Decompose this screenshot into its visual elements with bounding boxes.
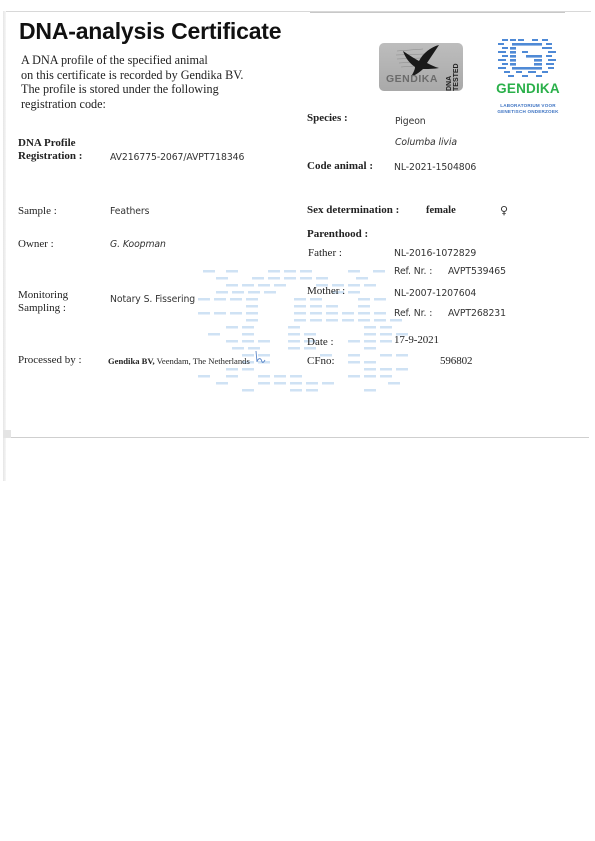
intro-line: A DNA profile of the specified animal	[21, 53, 301, 68]
species-common-value: Pigeon	[395, 116, 426, 127]
species-label: Species :	[307, 112, 348, 124]
date-value: 17-9-2021	[394, 334, 439, 346]
certificate-title: DNA-analysis Certificate	[19, 18, 281, 45]
label-line: Sampling :	[18, 302, 68, 315]
page-edge	[310, 12, 565, 13]
logo-brand-name: GENDIKA	[490, 81, 566, 96]
owner-label: Owner :	[18, 238, 54, 250]
page-edge	[4, 437, 589, 438]
gendika-g-logo-icon	[498, 38, 558, 80]
label-line: Registration :	[18, 150, 82, 163]
dna-profile-value: AV216775-2067/AVPT718346	[110, 152, 244, 163]
monitoring-label: Monitoring Sampling :	[18, 289, 68, 315]
father-ref-label: Ref. Nr. :	[394, 266, 432, 277]
mother-ref-value: AVPT268231	[448, 308, 506, 319]
intro-line: on this certificate is recorded by Gendi…	[21, 68, 301, 83]
sex-value: female	[426, 205, 456, 216]
intro-line: The profile is stored under the followin…	[21, 82, 301, 97]
sample-label: Sample :	[18, 205, 57, 217]
code-animal-value: NL-2021-1504806	[394, 162, 476, 173]
mother-label: Mother :	[307, 285, 345, 297]
gendika-logo: GENDIKA LABORATORIUM VOOR GENETISCH ONDE…	[490, 38, 566, 120]
sex-determination-label: Sex determination :	[307, 204, 399, 216]
logo-subtitle: LABORATORIUM VOOR GENETISCH ONDERZOEK	[490, 103, 566, 115]
date-label: Date :	[307, 336, 334, 348]
code-animal-label: Code animal :	[307, 160, 373, 172]
father-value: NL-2016-1072829	[394, 248, 476, 259]
father-label: Father :	[308, 247, 342, 259]
parenthood-label: Parenthood :	[307, 228, 368, 240]
badge-dna-tested: DNA TESTED	[446, 47, 460, 91]
processed-by-value: Gendika BV, Veendam, The Netherlands	[108, 356, 250, 366]
female-symbol-icon: ♀	[500, 204, 508, 217]
processed-by-location: Veendam, The Netherlands	[155, 356, 250, 366]
badge-brand: GENDIKA	[386, 73, 438, 85]
logo-subtitle-line: GENETISCH ONDERZOEK	[490, 109, 566, 115]
owner-value: G. Koopman	[110, 239, 166, 250]
page-edge	[3, 430, 11, 438]
label-line: DNA Profile	[18, 137, 82, 150]
intro-line: registration code:	[21, 97, 301, 112]
intro-text: A DNA profile of the specified animal on…	[21, 53, 301, 111]
processed-by-company: Gendika BV,	[108, 356, 155, 366]
cfno-label: CFno:	[307, 355, 335, 367]
mother-value: NL-2007-1207604	[394, 288, 476, 299]
label-line: Monitoring	[18, 289, 68, 302]
cfno-value: 596802	[440, 355, 472, 367]
species-latin-value: Columba livia	[395, 137, 457, 148]
father-ref-value: AVPT539465	[448, 266, 506, 277]
sample-value: Feathers	[110, 206, 149, 217]
dna-profile-label: DNA Profile Registration :	[18, 137, 82, 163]
mother-ref-label: Ref. Nr. :	[394, 308, 432, 319]
monitoring-value: Notary S. Fissering	[110, 294, 195, 305]
processed-by-label: Processed by :	[18, 354, 82, 366]
dna-tested-badge: GENDIKA DNA TESTED	[379, 43, 463, 91]
signature-mark-icon	[254, 350, 266, 364]
page-edge	[3, 11, 6, 481]
